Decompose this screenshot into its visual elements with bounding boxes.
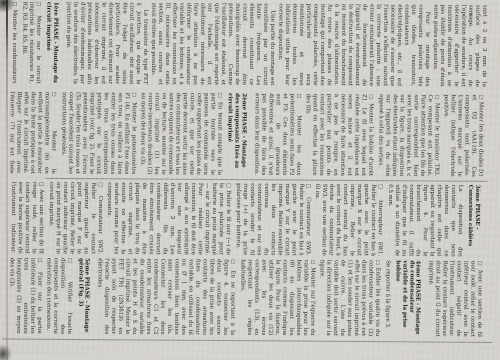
- paragraph: Une partie du montage est constituée par…: [149, 3, 276, 86]
- instruction-item: □ Monter sur l'équerre du variable la pr…: [238, 259, 316, 336]
- instruction-item: □ Relier le fil noir (−) de la prise pol…: [105, 182, 231, 255]
- checkbox-marker: □: [130, 92, 136, 102]
- instruction-item: □ Monter le microampèremètre (6) en enfi…: [10, 92, 57, 174]
- checkbox-marker: □: [309, 260, 315, 267]
- checkbox-marker: □: [378, 184, 384, 200]
- instruction-item: □ Avec une section de fil noir isolé, re…: [427, 260, 484, 336]
- checkbox-marker: □: [67, 258, 73, 282]
- checkbox-marker: □: [296, 94, 302, 116]
- checkbox-marker: □: [97, 182, 103, 196]
- instruction-item: □ Interrupteur SW1. Relier le contact en…: [313, 184, 384, 256]
- instruction-item: □ Avec une section de fil rouge isolé, r…: [10, 182, 45, 254]
- text-column-1: sant à 2 ou 3 mm de la surface des plage…: [11, 2, 488, 87]
- checkbox-marker: □: [477, 261, 483, 270]
- checkbox-marker: □: [39, 182, 45, 189]
- paragraph: Le transistor de type FET à jonction, qu…: [64, 2, 149, 85]
- text-column-3: 3ème PHASE - Connexions câbléesLa dispos…: [10, 182, 486, 257]
- checkbox-marker: □: [12, 2, 18, 10]
- instruction-item: □ Monter les deux diodes D1 et D2 (AA119…: [442, 95, 485, 177]
- instruction-item: □ Monter les condensateurs céramiques ty…: [11, 2, 18, 84]
- page-edge-rule: [2, 339, 492, 343]
- section-heading: 1ère PHASE - Montage du circuit imprimé: [44, 2, 58, 84]
- checkbox-marker: □: [434, 95, 440, 103]
- checkbox-marker: □: [217, 93, 223, 102]
- checkbox-marker: □: [368, 94, 374, 103]
- instruction-item: □ Monter sur le circuit imprimé les rési…: [20, 2, 42, 84]
- instruction-item: □ Monter la bobine d'arrêt Z1. Le fil av…: [304, 94, 375, 176]
- rotated-page: sant à 2 ou 3 mm de la surface des plage…: [0, 0, 500, 359]
- instruction-item: □ Enfiler les quatre vis du condensateur…: [317, 260, 381, 336]
- instruction-item: □ Commutateur SW2. Relier le contact sup…: [47, 182, 104, 254]
- checkbox-marker: □: [230, 259, 236, 270]
- paragraph: La disposition des contacts que nous don…: [386, 184, 464, 257]
- checkbox-marker: □: [478, 95, 484, 102]
- checkbox-marker: □: [375, 260, 381, 267]
- checkbox-marker: □: [35, 2, 41, 16]
- section-heading: 5ème PHASE - Montage général (Fig. 3): [76, 258, 90, 334]
- instruction-item: □ Monter le potentiomètre P1 (4). En enf…: [59, 92, 137, 175]
- instruction-item: □ En tenant compte que la partie tournée…: [138, 92, 223, 175]
- section-heading: 4ème PHASE - Montage du condensateur var…: [393, 260, 421, 336]
- text-column-4: □ Avec une section de fil noir isolé, re…: [9, 258, 486, 337]
- instruction-item: □ Fixer sur la partie inférieure (1) du …: [9, 258, 42, 334]
- scanned-document-page: sant à 2 ou 3 mm de la surface des plage…: [0, 0, 500, 360]
- instruction-item: □ Commutateur SW3. Relier le contact en …: [234, 183, 312, 256]
- instruction-item: □ Vérifier l'exacte disposition des comp…: [44, 258, 73, 334]
- text-column-2: □ Monter les deux diodes D1 et D2 (AA119…: [10, 92, 487, 177]
- instruction-item: □ En se reportant à la figure 4, connect…: [95, 258, 236, 335]
- section-heading: 2ème PHASE - Montage des composants fixé…: [226, 93, 247, 175]
- checkbox-marker: □: [226, 183, 232, 190]
- checkbox-marker: □: [305, 184, 311, 198]
- instruction-item: □ Monter les deux potentiomètres semi-fi…: [252, 93, 302, 175]
- paragraph: Se reporter à la figure 3.: [383, 260, 391, 336]
- paragraph: sant à 2 ou 3 mm de la surface des plage…: [431, 5, 488, 87]
- checkbox-marker: □: [51, 92, 57, 131]
- instruction-item: □ Monter le transistor TR2. Ce composant…: [376, 94, 440, 176]
- paragraph: Pour le montage des composants polarisés…: [276, 3, 431, 86]
- section-heading: 3ème PHASE - Connexions câblées: [466, 185, 480, 257]
- checkbox-marker: □: [36, 258, 42, 272]
